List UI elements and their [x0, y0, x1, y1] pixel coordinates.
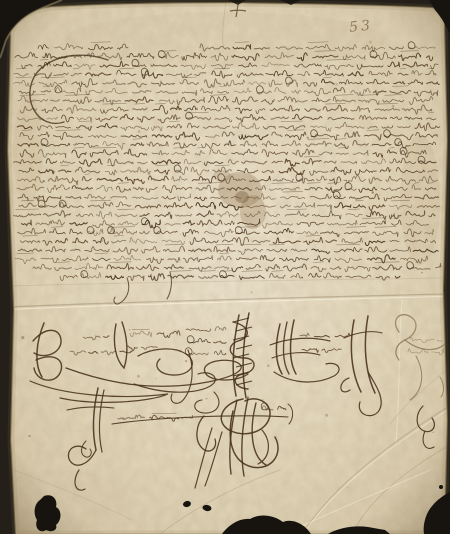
paper-vignette [0, 0, 450, 534]
manuscript-photo: 53 [0, 0, 450, 534]
manuscript-svg: 53 [0, 0, 450, 534]
